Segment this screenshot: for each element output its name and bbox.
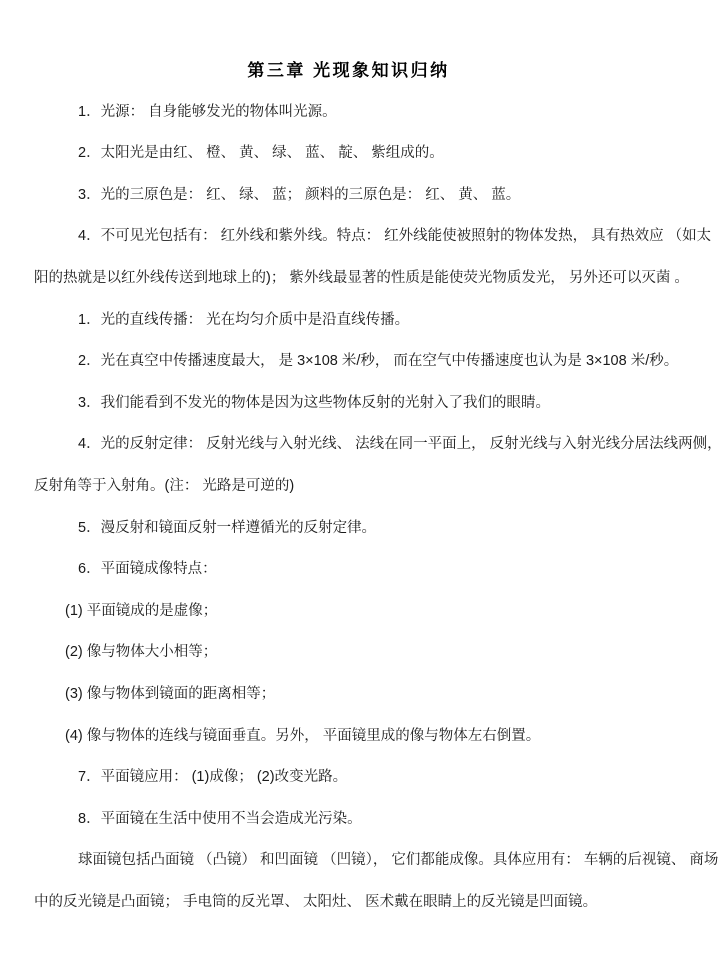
doc-line-diffuse-reflection: 5．漫反射和镜面反射一样遵循光的反射定律。 (34, 508, 715, 550)
doc-line-light-speed: 2．光在真空中传播速度最大， 是 3×108 米/秒， 而在空气中传播速度也认为… (34, 341, 715, 383)
doc-line-spherical-mirrors-1: 球面镜包括凸面镜 （凸镜） 和凹面镜 （凹镜）， 它们都能成像。具体应用有： 车… (34, 840, 715, 882)
doc-line-feature-equal-size: (2) 像与物体大小相等； (34, 632, 715, 674)
doc-line-light-source: 1．光源： 自身能够发光的物体叫光源。 (34, 92, 715, 134)
doc-line-straight-propagation: 1．光的直线传播： 光在均匀介质中是沿直线传播。 (34, 300, 715, 342)
doc-line-invisible-light-2: 阳的热就是以红外线传送到地球上的)； 紫外线最显著的性质是能使荧光物质发光， 另… (34, 258, 715, 300)
page-title: 第三章 光现象知识归纳 (34, 50, 663, 92)
doc-line-reflection-law-1: 4．光的反射定律： 反射光线与入射光线、 法线在同一平面上， 反射光线与入射光线… (34, 424, 715, 466)
doc-line-light-pollution: 8．平面镜在生活中使用不当会造成光污染。 (34, 799, 715, 841)
doc-line-reflection-law-2: 反射角等于入射角。(注： 光路是可逆的) (34, 466, 715, 508)
document-page: 第三章 光现象知识归纳 1．光源： 自身能够发光的物体叫光源。 2．太阳光是由红… (0, 0, 719, 972)
doc-line-sunlight-colors: 2．太阳光是由红、 橙、 黄、 绿、 蓝、 靛、 紫组成的。 (34, 133, 715, 175)
doc-line-primary-colors: 3．光的三原色是： 红、 绿、 蓝； 颜料的三原色是： 红、 黄、 蓝。 (34, 175, 715, 217)
doc-line-feature-equal-distance: (3) 像与物体到镜面的距离相等； (34, 674, 715, 716)
doc-line-mirror-applications: 7．平面镜应用： (1)成像； (2)改变光路。 (34, 757, 715, 799)
doc-line-plane-mirror-features: 6．平面镜成像特点： (34, 549, 715, 591)
doc-line-feature-virtual-image: (1) 平面镜成的是虚像； (34, 591, 715, 633)
doc-line-feature-perpendicular: (4) 像与物体的连线与镜面垂直。另外， 平面镜里成的像与物体左右倒置。 (34, 716, 715, 758)
doc-line-invisible-light-1: 4．不可见光包括有： 红外线和紫外线。特点： 红外线能使被照射的物体发热， 具有… (34, 216, 715, 258)
doc-line-seeing-objects: 3．我们能看到不发光的物体是因为这些物体反射的光射入了我们的眼睛。 (34, 383, 715, 425)
doc-line-spherical-mirrors-2: 中的反光镜是凸面镜； 手电筒的反光罩、 太阳灶、 医术戴在眼睛上的反光镜是凹面镜… (34, 882, 715, 924)
